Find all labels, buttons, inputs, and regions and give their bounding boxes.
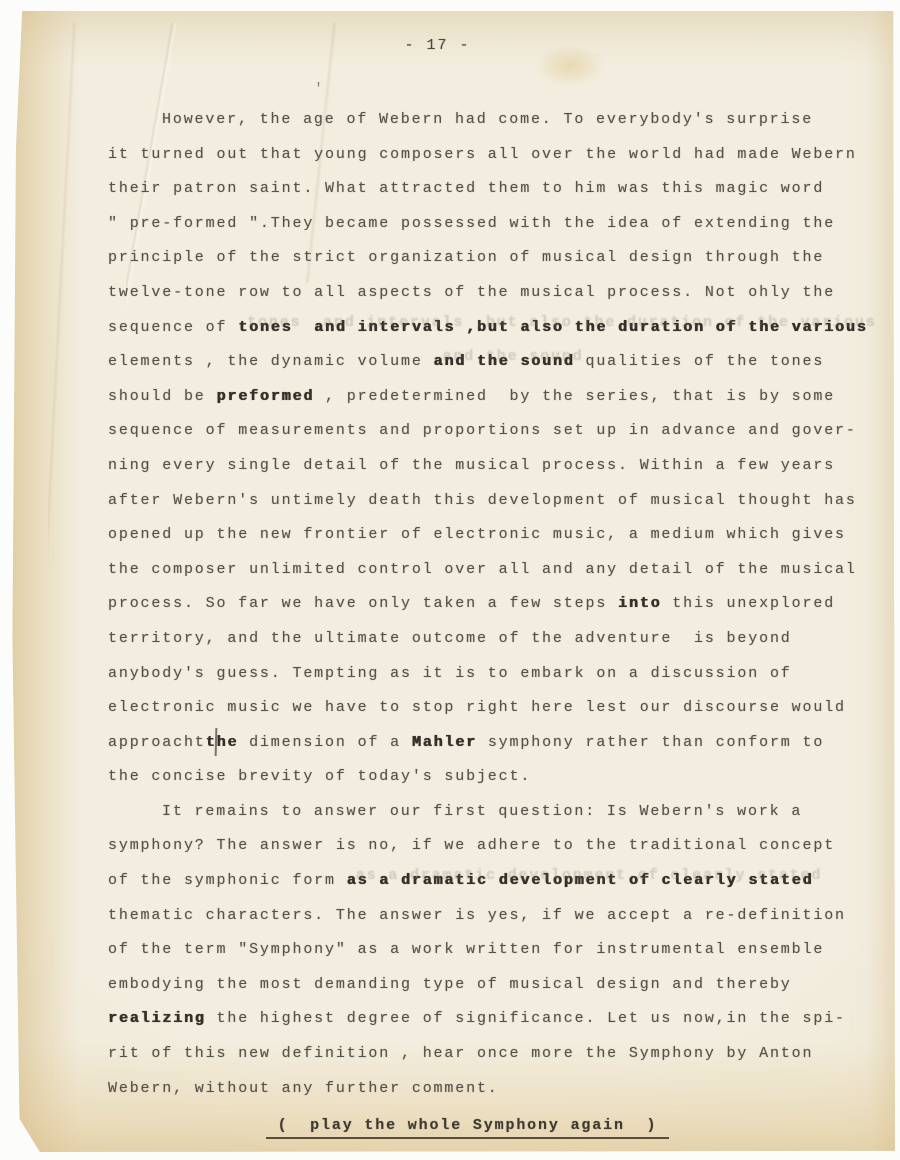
text-segment: the highest degree of significance. Let …: [206, 1010, 846, 1027]
scanned-page: - 17 - ' However, the age of Webern had …: [0, 0, 900, 1160]
text-segment: qualities of the tones: [575, 353, 825, 370]
text-line: twelve-tone row to all aspects of the mu…: [108, 276, 883, 311]
text-line: ning every single detail of the musical …: [108, 449, 883, 484]
text-segment: elements , the dynamic volume: [108, 353, 434, 370]
paper-crease: [48, 23, 108, 723]
text-line: electronic music we have to stop right h…: [108, 691, 883, 726]
text-segment: thematic characters. The answer is yes, …: [108, 907, 846, 924]
text-segment: this unexplored: [661, 595, 835, 612]
text-line: elements , the dynamic volume and the so…: [108, 345, 883, 380]
text-segment: symphony rather than conform to: [477, 734, 824, 751]
text-segment: territory, and the ultimate outcome of t…: [108, 630, 792, 647]
text-line: anybody's guess. Tempting as it is to em…: [108, 657, 883, 692]
text-segment: the composer unlimited control over all …: [108, 561, 857, 578]
text-line: Webern, without any further comment.: [108, 1072, 883, 1107]
text-segment: preformed: [217, 388, 315, 405]
text-segment: opened up the new frontier of electronic…: [108, 526, 846, 543]
text-segment: It remains to answer our first question:…: [162, 803, 802, 820]
text-line: territory, and the ultimate outcome of t…: [108, 622, 883, 657]
text-segment: tones and intervals ,but also the durati…: [238, 319, 867, 336]
text-line: However, the age of Webern had come. To …: [108, 103, 883, 138]
text-segment: as a dramatic development of clearly sta…: [347, 872, 814, 889]
text-line: rit of this new definition , hear once m…: [108, 1037, 883, 1072]
text-segment: and the sound: [434, 353, 575, 370]
text-segment: symphony? The answer is no, if we adhere…: [108, 837, 835, 854]
text-segment: after Webern's untimely death this devel…: [108, 492, 857, 509]
text-segment: Webern, without any further comment.: [108, 1080, 499, 1097]
text-segment: embodying the most demanding type of mus…: [108, 976, 792, 993]
text-segment: it turned out that young composers all o…: [108, 146, 857, 163]
text-line: It remains to answer our first question:…: [108, 795, 883, 830]
text-segment: , predetermined by the series, that is b…: [314, 388, 835, 405]
text-segment: electronic music we have to stop right h…: [108, 699, 846, 716]
text-line: principle of the strict organization of …: [108, 241, 883, 276]
text-segment: process. So far we have only taken a few…: [108, 595, 618, 612]
text-line: approachtthe dimension of a Mahler symph…: [108, 726, 883, 761]
text-line: realizing the highest degree of signific…: [108, 1002, 883, 1037]
text-segment: the concise brevity of today's subject.: [108, 768, 531, 785]
text-segment: ning every single detail of the musical …: [108, 457, 835, 474]
text-segment: of the symphonic form: [108, 872, 347, 889]
text-line: their patron saint. What attracted them …: [108, 172, 883, 207]
text-segment: their patron saint. What attracted them …: [108, 180, 824, 197]
text-segment: rit of this new definition , hear once m…: [108, 1045, 813, 1062]
stage-direction: ( play the whole Symphony again ): [24, 1117, 900, 1139]
text-line: the concise brevity of today's subject.: [108, 760, 883, 795]
text-segment: twelve-tone row to all aspects of the mu…: [108, 284, 835, 301]
text-segment: dimension of a: [238, 734, 412, 751]
text-line: sequence of tones and intervals ,but als…: [108, 311, 883, 346]
page-number: - 17 -: [0, 37, 881, 54]
text-line: sequence of measurements and proportions…: [108, 414, 883, 449]
paper-sheet: - 17 - ' However, the age of Webern had …: [8, 11, 895, 1152]
text-segment: " pre-formed ".They became possessed wit…: [108, 215, 835, 232]
text-segment: principle of the strict organization of …: [108, 249, 824, 266]
text-line: of the symphonic form as a dramatic deve…: [108, 864, 883, 899]
stage-direction-text: ( play the whole Symphony again ): [266, 1117, 670, 1139]
text-segment: should be: [108, 388, 217, 405]
text-line: after Webern's untimely death this devel…: [108, 484, 883, 519]
text-line: symphony? The answer is no, if we adhere…: [108, 829, 883, 864]
text-line: the composer unlimited control over all …: [108, 553, 883, 588]
text-segment: the: [206, 734, 239, 751]
stray-mark: ': [314, 81, 323, 98]
text-line: embodying the most demanding type of mus…: [108, 968, 883, 1003]
text-line: " pre-formed ".They became possessed wit…: [108, 207, 883, 242]
text-segment: into: [618, 595, 661, 612]
text-segment: Mahler: [412, 734, 477, 751]
text-segment: anybody's guess. Tempting as it is to em…: [108, 665, 792, 682]
text-segment: However, the age of Webern had come. To …: [162, 111, 813, 128]
text-segment: sequence of measurements and proportions…: [108, 422, 857, 439]
text-line: opened up the new frontier of electronic…: [108, 518, 883, 553]
text-segment: of the term "Symphony" as a work written…: [108, 941, 824, 958]
text-segment: approacht: [108, 734, 206, 751]
text-line: thematic characters. The answer is yes, …: [108, 899, 883, 934]
typewritten-text: However, the age of Webern had come. To …: [108, 103, 883, 1106]
text-line: should be preformed , predetermined by t…: [108, 380, 883, 415]
text-line: it turned out that young composers all o…: [108, 138, 883, 173]
text-segment: sequence of: [108, 319, 238, 336]
text-line: process. So far we have only taken a few…: [108, 587, 883, 622]
text-segment: realizing: [108, 1010, 206, 1027]
text-line: of the term "Symphony" as a work written…: [108, 933, 883, 968]
